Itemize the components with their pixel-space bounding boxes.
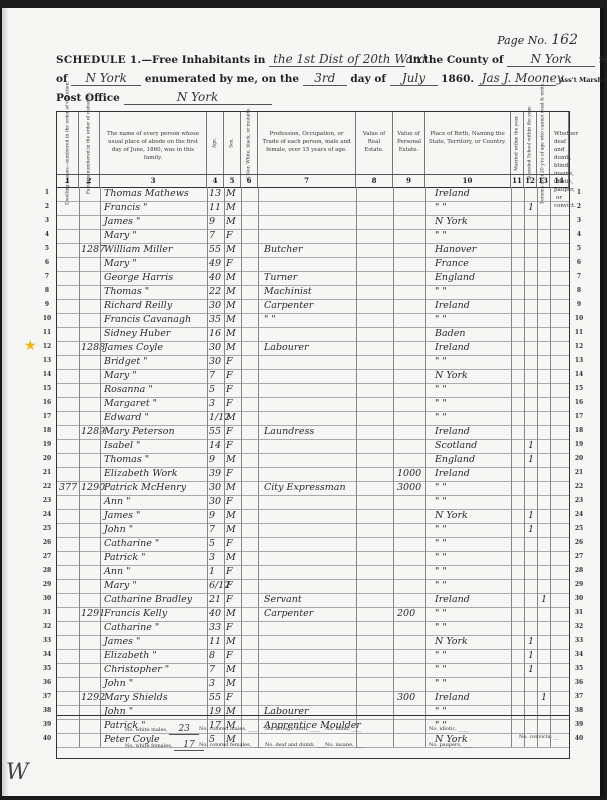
line-number-left: 1 [40,186,54,201]
cell-sex: M [226,635,236,649]
cell-birthplace: N York [435,215,468,229]
cell-sex: M [226,341,236,355]
cell-family: 1288 [81,341,105,355]
cell-birthplace: England [435,453,475,467]
line-number-right: 12 [572,340,586,355]
census-row: Elizabeth Work39F1000Ireland [57,467,569,482]
cell-age: 40 [209,271,221,285]
cell-sex: M [226,299,236,313]
cell-family: 1290 [81,481,105,495]
line-number-right: 33 [572,634,586,649]
census-row: Patrick "3M" " [57,551,569,566]
cell-birthplace: " " [435,663,447,677]
cell-name: Catharine " [104,621,159,635]
line-number-left: 22 [40,480,54,495]
cell-age: 8 [209,649,215,663]
cell-name: Catharine Bradley [104,593,192,607]
cell-name: Elizabeth " [104,649,157,663]
line-number-left: 6 [40,256,54,271]
census-row: 3771290Patrick McHenry30MCity Expressman… [57,481,569,496]
cell-sex: F [226,439,233,453]
cell-age: 30 [209,355,221,369]
line-number-right: 39 [572,718,586,733]
census-row: Richard Reilly30MCarpenterIreland [57,299,569,314]
line-number-left: 27 [40,550,54,565]
cell-occupation: Carpenter [264,607,313,621]
cell-sex: F [226,257,233,271]
column-number-2: 2 [79,175,100,187]
cell-birthplace: Baden [435,327,465,341]
cell-family: 1292 [81,691,105,705]
cell-school: 1 [528,649,534,663]
cell-name: Mary " [104,579,137,593]
census-row: Thomas "22MMachinist" " [57,285,569,300]
column-divider [100,187,101,747]
column-number-5: 5 [224,175,241,187]
cell-name: Patrick McHenry [104,481,186,495]
cell-name: William Miller [104,243,172,257]
cell-age: 1 [209,565,215,579]
line-number-right: 19 [572,438,586,453]
census-row: Isabel "14FScotland1 [57,439,569,454]
column-header-9: Value of Personal Estate. [393,112,425,174]
cell-sex: F [226,537,233,551]
column-divider [224,187,225,747]
cell-name: James Coyle [104,341,163,355]
census-row: Mary "7F" " [57,229,569,244]
census-row: Edward "1/12M" " [57,411,569,426]
cell-age: 7 [209,523,215,537]
cell-birthplace: " " [435,649,447,663]
page-number: Page No.162 [497,32,578,48]
cell-name: John " [104,523,133,537]
cell-birthplace: Ireland [435,341,470,355]
cell-name: Mary " [104,369,137,383]
cell-birthplace: " " [435,383,447,397]
post-office-line: Post Office N York [56,90,582,105]
cell-age: 30 [209,299,221,313]
cell-birthplace: Ireland [435,691,470,705]
cell-age: 55 [209,691,221,705]
line-number-left: 25 [40,522,54,537]
column-number-6: 6 [241,175,258,187]
column-divider [356,187,357,747]
cell-birthplace: Hanover [435,243,476,257]
column-number-11: 11 [511,175,524,187]
binding-edge [2,8,8,796]
cell-birthplace: N York [435,509,468,523]
column-number-1: 1 [57,175,79,187]
column-header-1: Dwelling-houses—numbered in the order of… [57,112,79,174]
line-number-left: 13 [40,354,54,369]
line-number-right: 29 [572,578,586,593]
census-row: 1291Francis Kelly40MCarpenter200" " [57,607,569,622]
line-number-right: 10 [572,312,586,327]
column-header-2: Families numbered in the order of visita… [79,112,100,174]
census-table: Dwelling-houses—numbered in the order of… [56,111,570,759]
line-number-left: 20 [40,452,54,467]
state-field: N York [71,71,141,86]
line-number-right: 6 [572,256,586,271]
line-number-right: 38 [572,704,586,719]
column-divider [258,187,259,747]
column-divider [207,187,208,747]
cell-occupation: City Expressman [264,481,346,495]
cell-name: Ann " [104,565,131,579]
column-number-14: 14 [550,175,569,187]
cell-birthplace: Ireland [435,593,470,607]
column-divider [425,187,426,747]
line-number-right: 18 [572,424,586,439]
line-number-right: 2 [572,200,586,215]
line-number-left: 26 [40,536,54,551]
cell-birthplace: " " [435,523,447,537]
column-divider [393,187,394,747]
cell-age: 11 [209,201,221,215]
column-divider [511,187,512,747]
line-number-left: 19 [40,438,54,453]
cell-sex: F [226,383,233,397]
cell-birthplace: " " [435,229,447,243]
cell-name: Mary " [104,257,137,271]
cell-birthplace: " " [435,355,447,369]
line-number-left: 33 [40,634,54,649]
census-row: Catharine Bradley21FServantIreland1 [57,593,569,608]
line-number-left: 2 [40,200,54,215]
cell-school: 1 [528,663,534,677]
column-number-row: 1234567891011121314 [57,174,569,188]
cell-birthplace: " " [435,481,447,495]
cell-school: 1 [528,635,534,649]
cell-birthplace: " " [435,537,447,551]
census-row: 1288James Coyle30MLabourerIreland [57,341,569,356]
line-number-left: 28 [40,564,54,579]
column-number-7: 7 [258,175,356,187]
census-row: James "9MN York1 [57,509,569,524]
line-number-left: 35 [40,662,54,677]
cell-sex: M [226,509,236,523]
schedule-header-line-1: SCHEDULE 1.—Free Inhabitants in the 1st … [56,52,582,67]
cell-sex: M [226,201,236,215]
cell-sex: F [226,369,233,383]
cell-name: Francis Kelly [104,607,167,621]
line-number-right: 13 [572,354,586,369]
cell-birthplace: N York [435,369,468,383]
cell-personal-estate: 300 [397,691,415,705]
cell-age: 21 [209,593,221,607]
cell-age: 7 [209,663,215,677]
line-number-left: 14 [40,368,54,383]
line-number-right: 15 [572,382,586,397]
column-header-13: Persons over 20 y'rs of age who cannot r… [537,112,550,174]
cell-occupation: Machinist [264,285,312,299]
cell-birthplace: " " [435,565,447,579]
line-number-right: 8 [572,284,586,299]
line-number-right: 9 [572,298,586,313]
line-number-right: 26 [572,536,586,551]
cell-name: Catharine " [104,537,159,551]
line-number-right: 24 [572,508,586,523]
line-number-right: 40 [572,732,586,747]
cell-birthplace: " " [435,551,447,565]
line-number-right: 28 [572,564,586,579]
column-header-12: Attended School within the year. [524,112,537,174]
cell-age: 13 [209,187,221,201]
census-row: Mary "7FN York [57,369,569,384]
column-number-12: 12 [524,175,537,187]
cell-name: Bridget " [104,355,148,369]
cell-personal-estate: 200 [397,607,415,621]
census-page: Page No.162 SCHEDULE 1.—Free Inhabitants… [2,8,604,796]
cell-sex: F [226,229,233,243]
cell-age: 22 [209,285,221,299]
cell-family: 1291 [81,607,105,621]
line-number-left: 34 [40,648,54,663]
cell-occupation: Servant [264,593,302,607]
census-row: Thomas Mathews13MIreland [57,187,569,202]
cell-school: 1 [528,439,534,453]
line-number-left: 9 [40,298,54,313]
census-row: Mary "49FFrance [57,257,569,272]
cell-age: 39 [209,467,221,481]
line-number-left: 5 [40,242,54,257]
cell-school: 1 [528,453,534,467]
census-row: Mary "6/12F" " [57,579,569,594]
census-row: Elizabeth "8F" "1 [57,649,569,664]
cell-occupation: Labourer [264,341,309,355]
cell-age: 3 [209,551,215,565]
cell-birthplace: France [435,257,469,271]
cell-cannot-read: 1 [541,593,547,607]
line-number-left: 15 [40,382,54,397]
cell-age: 16 [209,327,221,341]
line-number-right: 16 [572,396,586,411]
column-number-8: 8 [356,175,393,187]
cell-age: 9 [209,215,215,229]
line-number-right: 3 [572,214,586,229]
census-row: 1287William Miller55MButcherHanover [57,243,569,258]
cell-sex: F [226,621,233,635]
census-row: Rosanna "5F" " [57,383,569,398]
cell-name: Rosanna " [104,383,153,397]
cell-birthplace: Ireland [435,425,470,439]
column-divider [550,187,551,747]
cell-personal-estate: 3000 [397,481,421,495]
cell-age: 30 [209,481,221,495]
line-number-left: 38 [40,704,54,719]
column-header-3: The name of every person whose usual pla… [100,112,207,174]
cell-birthplace: " " [435,201,447,215]
cell-name: Sidney Huber [104,327,170,341]
line-number-right: 35 [572,662,586,677]
census-row: George Harris40MTurnerEngland [57,271,569,286]
column-header-11: Married within the year. [511,112,524,174]
cell-name: James " [104,215,140,229]
census-row: Bridget "30F" " [57,355,569,370]
schedule-header-line-2: of N York enumerated by me, on the 3rd d… [56,71,582,86]
line-number-left: 8 [40,284,54,299]
summary-footer: No. white males, 23 No. white females, 1… [57,715,569,758]
cell-age: 14 [209,439,221,453]
column-divider [537,187,538,747]
cell-name: Thomas " [104,285,149,299]
cell-age: 3 [209,677,215,691]
cell-name: Margaret " [104,397,157,411]
line-number-right: 22 [572,480,586,495]
line-number-left: 40 [40,732,54,747]
star-icon: ★ [24,339,37,354]
line-number-right: 34 [572,648,586,663]
cell-age: 33 [209,621,221,635]
cell-birthplace: N York [435,635,468,649]
line-number-left: 16 [40,396,54,411]
line-number-right: 37 [572,690,586,705]
cell-family: 1287 [81,243,105,257]
column-header-7: Profession, Occupation, or Trade of each… [258,112,356,174]
cell-birthplace: " " [435,677,447,691]
cell-sex: F [226,467,233,481]
column-header-8: Value of Real Estate. [356,112,393,174]
line-number-left: 31 [40,606,54,621]
line-number-left: 23 [40,494,54,509]
census-row: Sidney Huber16MBaden [57,327,569,342]
line-number-right: 30 [572,592,586,607]
cell-birthplace: Ireland [435,467,470,481]
census-row: John "3M" " [57,677,569,692]
cell-birthplace: Ireland [435,187,470,201]
line-number-left: 12 [40,340,54,355]
cell-age: 7 [209,229,215,243]
column-header-6: Color, White, black, or mulatto. [241,112,258,174]
line-number-right: 20 [572,452,586,467]
cell-sex: F [226,495,233,509]
cell-name: Mary Shields [104,691,168,705]
column-header-5: Sex. [224,112,241,174]
post-office-field: N York [124,90,272,105]
cell-sex: M [226,243,236,257]
line-number-left: 24 [40,508,54,523]
cell-birthplace: " " [435,285,447,299]
census-row: Christopher "7M" "1 [57,663,569,678]
line-number-right: 23 [572,494,586,509]
cell-name: Thomas Mathews [104,187,189,201]
line-number-right: 7 [572,270,586,285]
census-row: Margaret "3F" " [57,397,569,412]
line-number-right: 36 [572,676,586,691]
column-header-4: Age. [207,112,224,174]
cell-occupation: Butcher [264,243,303,257]
cell-sex: F [226,397,233,411]
cell-age: 3 [209,397,215,411]
cell-name: James " [104,509,140,523]
line-number-left: 17 [40,410,54,425]
cell-name: Christopher " [104,663,169,677]
line-number-right: 1 [572,186,586,201]
cell-age: 30 [209,495,221,509]
census-row: James "9MN York [57,215,569,230]
column-header-10: Place of Birth, Naming the State, Territ… [425,112,511,174]
line-number-right: 31 [572,606,586,621]
cell-cannot-read: 1 [541,691,547,705]
cell-sex: F [226,649,233,663]
cell-sex: M [226,271,236,285]
cell-name: Patrick " [104,551,146,565]
cell-age: 35 [209,313,221,327]
column-number-3: 3 [100,175,207,187]
cell-age: 40 [209,607,221,621]
cell-occupation: " " [264,313,276,327]
cell-name: George Harris [104,271,173,285]
census-row: 1289Mary Peterson55FLaundressIreland [57,425,569,440]
cell-sex: F [226,425,233,439]
line-number-left: 4 [40,228,54,243]
column-number-9: 9 [393,175,425,187]
column-number-10: 10 [425,175,511,187]
cell-name: Elizabeth Work [104,467,177,481]
census-row: Catharine "5F" " [57,537,569,552]
cell-sex: M [226,411,236,425]
cell-birthplace: " " [435,495,447,509]
cell-age: 9 [209,453,215,467]
cell-family: 1289 [81,425,105,439]
line-number-left: 18 [40,424,54,439]
cell-sex: F [226,579,233,593]
census-row: Ann "1F" " [57,565,569,580]
cell-age: 5 [209,383,215,397]
line-number-right: 14 [572,368,586,383]
column-number-4: 4 [207,175,224,187]
cell-sex: M [226,215,236,229]
cell-school: 1 [528,509,534,523]
cell-sex: M [226,187,236,201]
cell-name: Francis Cavanagh [104,313,191,327]
cell-name: Mary " [104,229,137,243]
cell-sex: M [226,481,236,495]
cell-name: Ann " [104,495,131,509]
line-number-left: 39 [40,718,54,733]
cell-birthplace: England [435,271,475,285]
line-number-right: 27 [572,550,586,565]
cell-name: Thomas " [104,453,149,467]
census-row: John "7M" "1 [57,523,569,538]
line-number-left: 11 [40,326,54,341]
line-number-left: 36 [40,676,54,691]
line-number-left: 32 [40,620,54,635]
line-number-right: 11 [572,326,586,341]
census-row: Thomas "9MEngland1 [57,453,569,468]
cell-birthplace: " " [435,313,447,327]
column-number-13: 13 [537,175,550,187]
line-number-right: 4 [572,228,586,243]
cell-sex: F [226,565,233,579]
cell-name: Francis " [104,201,148,215]
day-field: 3rd [303,71,347,86]
cell-name: James " [104,635,140,649]
cell-occupation: Carpenter [264,299,313,313]
line-number-left: 30 [40,592,54,607]
cell-age: 7 [209,369,215,383]
cell-sex: M [226,453,236,467]
cell-personal-estate: 1000 [397,467,421,481]
white-males-count: 23 [169,724,199,735]
cell-name: Edward " [104,411,149,425]
line-number-right: 21 [572,466,586,481]
column-divider [524,187,525,747]
census-row: James "11MN York1 [57,635,569,650]
line-number-left: 3 [40,214,54,229]
cell-sex: M [226,663,236,677]
cell-occupation: Turner [264,271,297,285]
